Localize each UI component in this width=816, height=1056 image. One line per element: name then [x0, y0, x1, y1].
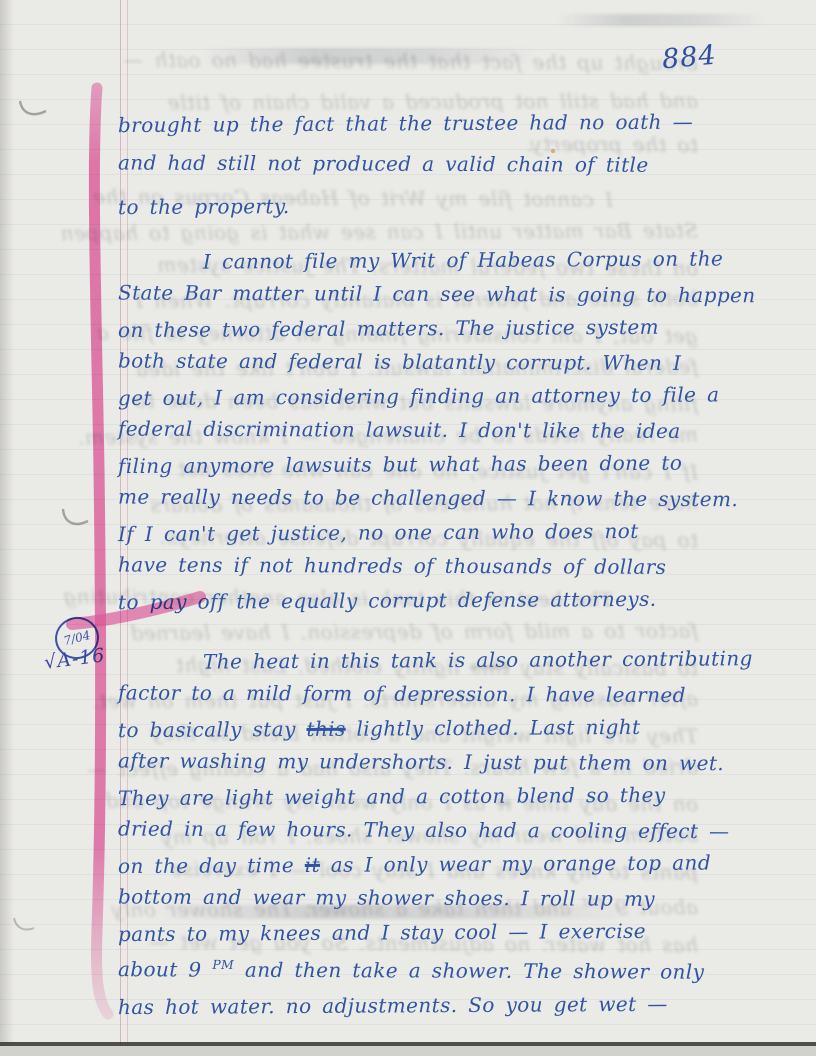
handwritten-line: federal discrimination lawsuit. I don't … [118, 411, 808, 448]
handwritten-line: I cannot file my Writ of Habeas Corpus o… [118, 241, 808, 279]
handwritten-line: about 9 PM and then take a shower. The s… [118, 947, 808, 989]
handwritten-line: get out, I am considering finding an att… [118, 377, 808, 415]
handwritten-line: on these two federal matters. The justic… [118, 309, 808, 347]
handwritten-line: brought up the fact that the trustee had… [118, 101, 808, 146]
handwritten-line: both state and federal is blatantly corr… [118, 343, 808, 380]
handwritten-line: dried in a few hours. They also had a co… [118, 811, 808, 848]
handwritten-line: have tens if not hundreds of thousands o… [118, 547, 808, 584]
handwritten-line: bottom and wear my shower shoes. I roll … [118, 879, 808, 916]
handwritten-line: me really needs to be challenged — I kno… [118, 479, 808, 516]
handwritten-line: State Bar matter until I can see what is… [118, 275, 808, 312]
scanner-background [0, 1046, 816, 1056]
handwritten-line: They are light weight and a cotton blend… [118, 777, 808, 815]
handwritten-line: on the day time it as I only wear my ora… [118, 845, 808, 883]
handwritten-line: to pay off the equally corrupt defense a… [118, 581, 808, 619]
paragraph-3: The heat in this tank is also another co… [118, 643, 808, 1022]
page-number: 884 [661, 40, 718, 76]
handwritten-line: to the property. [118, 183, 808, 228]
handwritten-line: If I can't get justice, no one can who d… [118, 513, 808, 551]
handwritten-line: pants to my knees and I stay cool — I ex… [118, 913, 808, 951]
handwritten-line: and had still not produced a valid chain… [118, 142, 808, 186]
handwritten-line: filing anymore lawsuits but what has bee… [118, 445, 808, 483]
handwritten-line: The heat in this tank is also another co… [118, 641, 808, 679]
paragraph-2: I cannot file my Writ of Habeas Corpus o… [118, 243, 808, 617]
handwriting-layer: brought up the fact that the trustee had… [0, 0, 816, 1056]
paragraph-1: brought up the fact that the trustee had… [118, 103, 808, 226]
scanned-letter-page: brought up the fact that the trustee had… [0, 0, 816, 1056]
handwritten-line: factor to a mild form of depression. I h… [118, 675, 808, 712]
handwritten-line: after washing my undershorts. I just put… [118, 743, 808, 780]
handwritten-line: has hot water. no adjustments. So you ge… [118, 986, 808, 1024]
handwritten-line: to basically stay this lightly clothed. … [118, 709, 808, 747]
